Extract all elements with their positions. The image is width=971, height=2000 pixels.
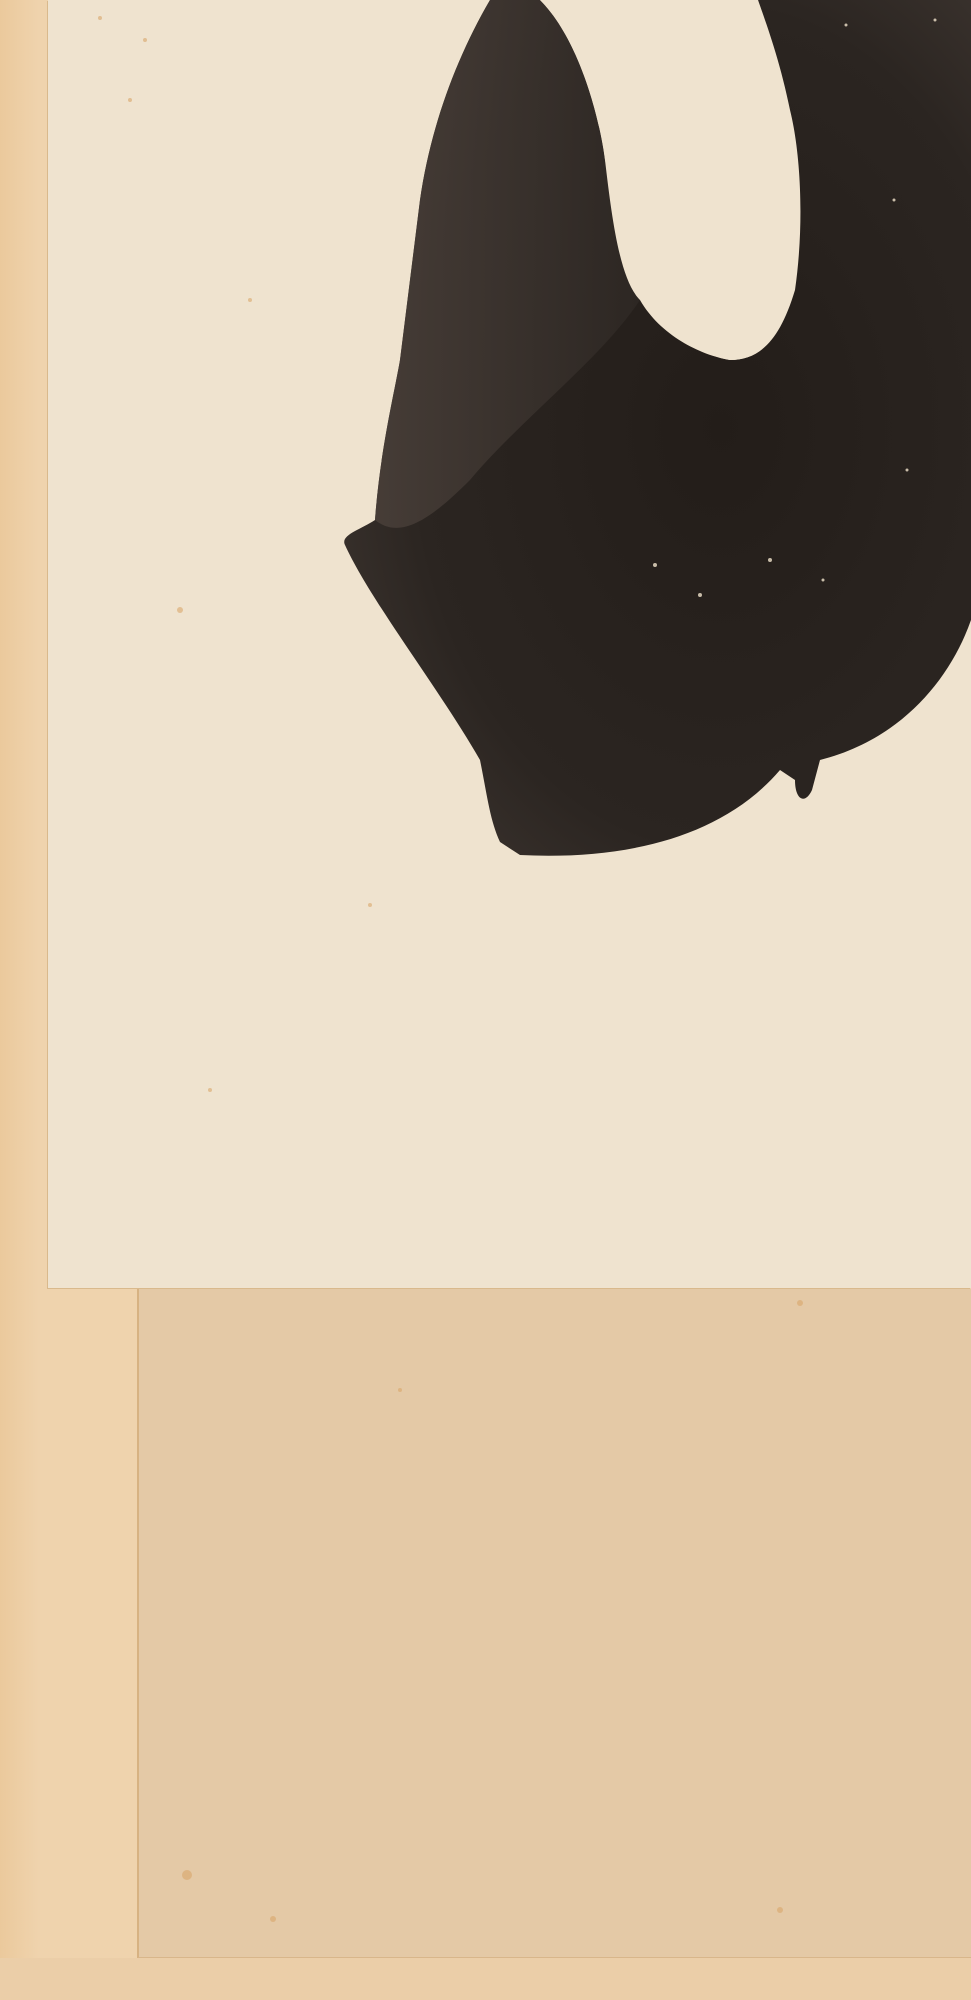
ink-stroke <box>0 0 971 2000</box>
